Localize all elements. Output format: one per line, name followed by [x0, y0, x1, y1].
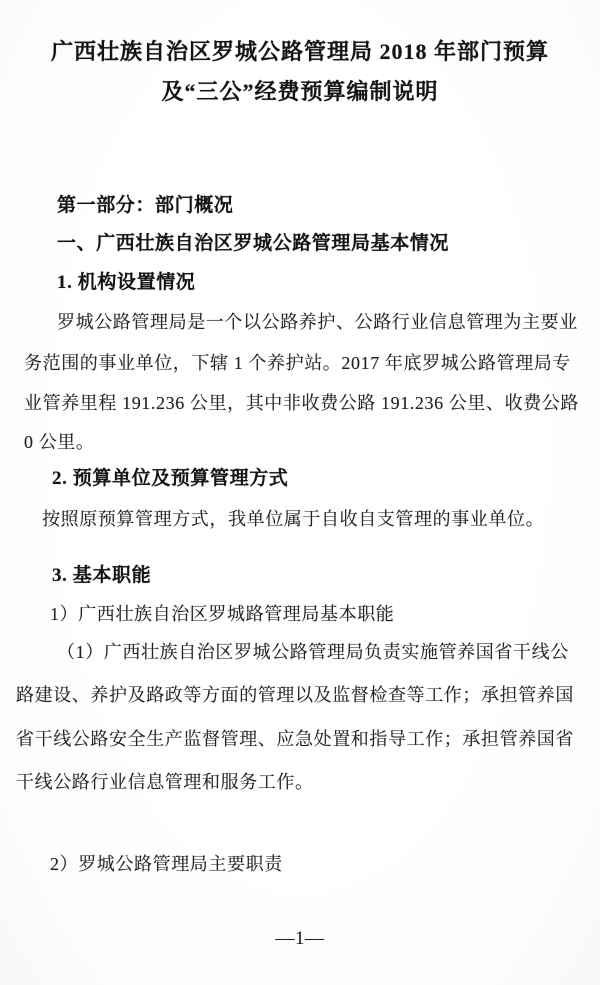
sub3-item1-paragraph-line: 省干线公路安全生产监督管理、应急处置和指导工作；承担管养国省	[16, 728, 574, 751]
sub3-item1-paragraph-line: （1）广西壮族自治区罗城公路管理局负责实施管养国省干线公	[57, 641, 569, 664]
heading-sub2: 2. 预算单位及预算管理方式	[52, 467, 288, 490]
heading-section1: 一、广西壮族自治区罗城公路管理局基本情况	[57, 232, 449, 255]
sub3-item1-paragraph-line: 干线公路行业信息管理和服务工作。	[16, 771, 314, 794]
heading-sub3: 3. 基本职能	[52, 564, 151, 587]
sub3-item1-paragraph-line: 路建设、养护及路政等方面的管理以及监督检查等工作；承担管养国	[16, 684, 574, 707]
document-page: 广西壮族自治区罗城公路管理局 2018 年部门预算 及“三公”经费预算编制说明 …	[0, 0, 600, 985]
sub3-item1-heading: 1）广西壮族自治区罗城路管理局基本职能	[50, 603, 394, 626]
page-number: —1—	[0, 928, 600, 949]
sub1-paragraph-line: 罗城公路管理局是一个以公路养护、公路行业信息管理为主要业	[57, 311, 578, 334]
document-title-line1: 广西壮族自治区罗城公路管理局 2018 年部门预算	[0, 38, 600, 65]
document-title-line2: 及“三公”经费预算编制说明	[0, 78, 600, 105]
sub1-paragraph-line: 务范围的事业单位，下辖 1 个养护站。2017 年底罗城公路管理局专	[24, 352, 571, 375]
sub1-paragraph-line: 业管养里程 191.236 公里，其中非收费公路 191.236 公里、收费公路	[24, 392, 579, 415]
sub2-paragraph: 按照原预算管理方式，我单位属于自收自支管理的事业单位。	[42, 508, 544, 531]
sub1-paragraph-line: 0 公里。	[24, 431, 95, 454]
heading-sub1: 1. 机构设置情况	[57, 271, 195, 294]
sub3-item2-heading: 2）罗城公路管理局主要职责	[50, 853, 283, 876]
heading-part1: 第一部分：部门概况	[57, 194, 233, 217]
